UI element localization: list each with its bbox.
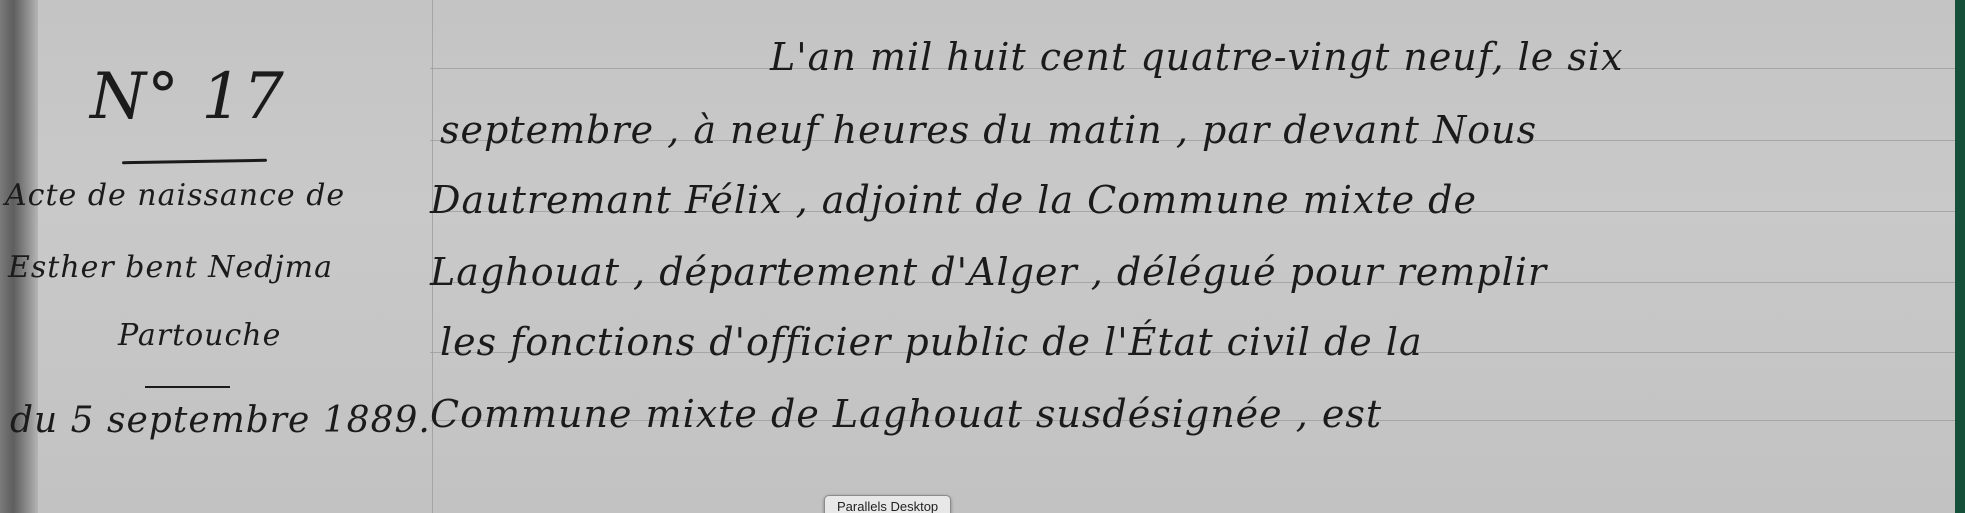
- body-text-line: les fonctions d'officier public de l'Éta…: [440, 320, 1423, 364]
- margin-note-divider: [145, 386, 230, 388]
- document-image-viewer[interactable]: N° 17 Acte de naissance de Esther bent N…: [0, 0, 1955, 513]
- body-text-line: Dautremant Félix , adjoint de la Commune…: [430, 178, 1477, 222]
- body-text-line: Laghouat , département d'Alger , délégué…: [430, 250, 1547, 294]
- body-text-line: Commune mixte de Laghouat susdésignée , …: [430, 392, 1382, 436]
- body-text-line: septembre , à neuf heures du matin , par…: [440, 108, 1537, 152]
- entry-number: N° 17: [90, 60, 285, 134]
- dock-tooltip: Parallels Desktop: [824, 495, 951, 513]
- margin-note-line: du 5 septembre 1889.: [10, 400, 431, 441]
- margin-note-line: Esther bent Nedjma: [8, 250, 333, 285]
- margin-note-line: Partouche: [118, 318, 281, 353]
- body-text-line: L'an mil huit cent quatre-vingt neuf, le…: [770, 35, 1623, 79]
- margin-note-line: Acte de naissance de: [5, 178, 345, 213]
- entry-number-underline: [122, 159, 267, 165]
